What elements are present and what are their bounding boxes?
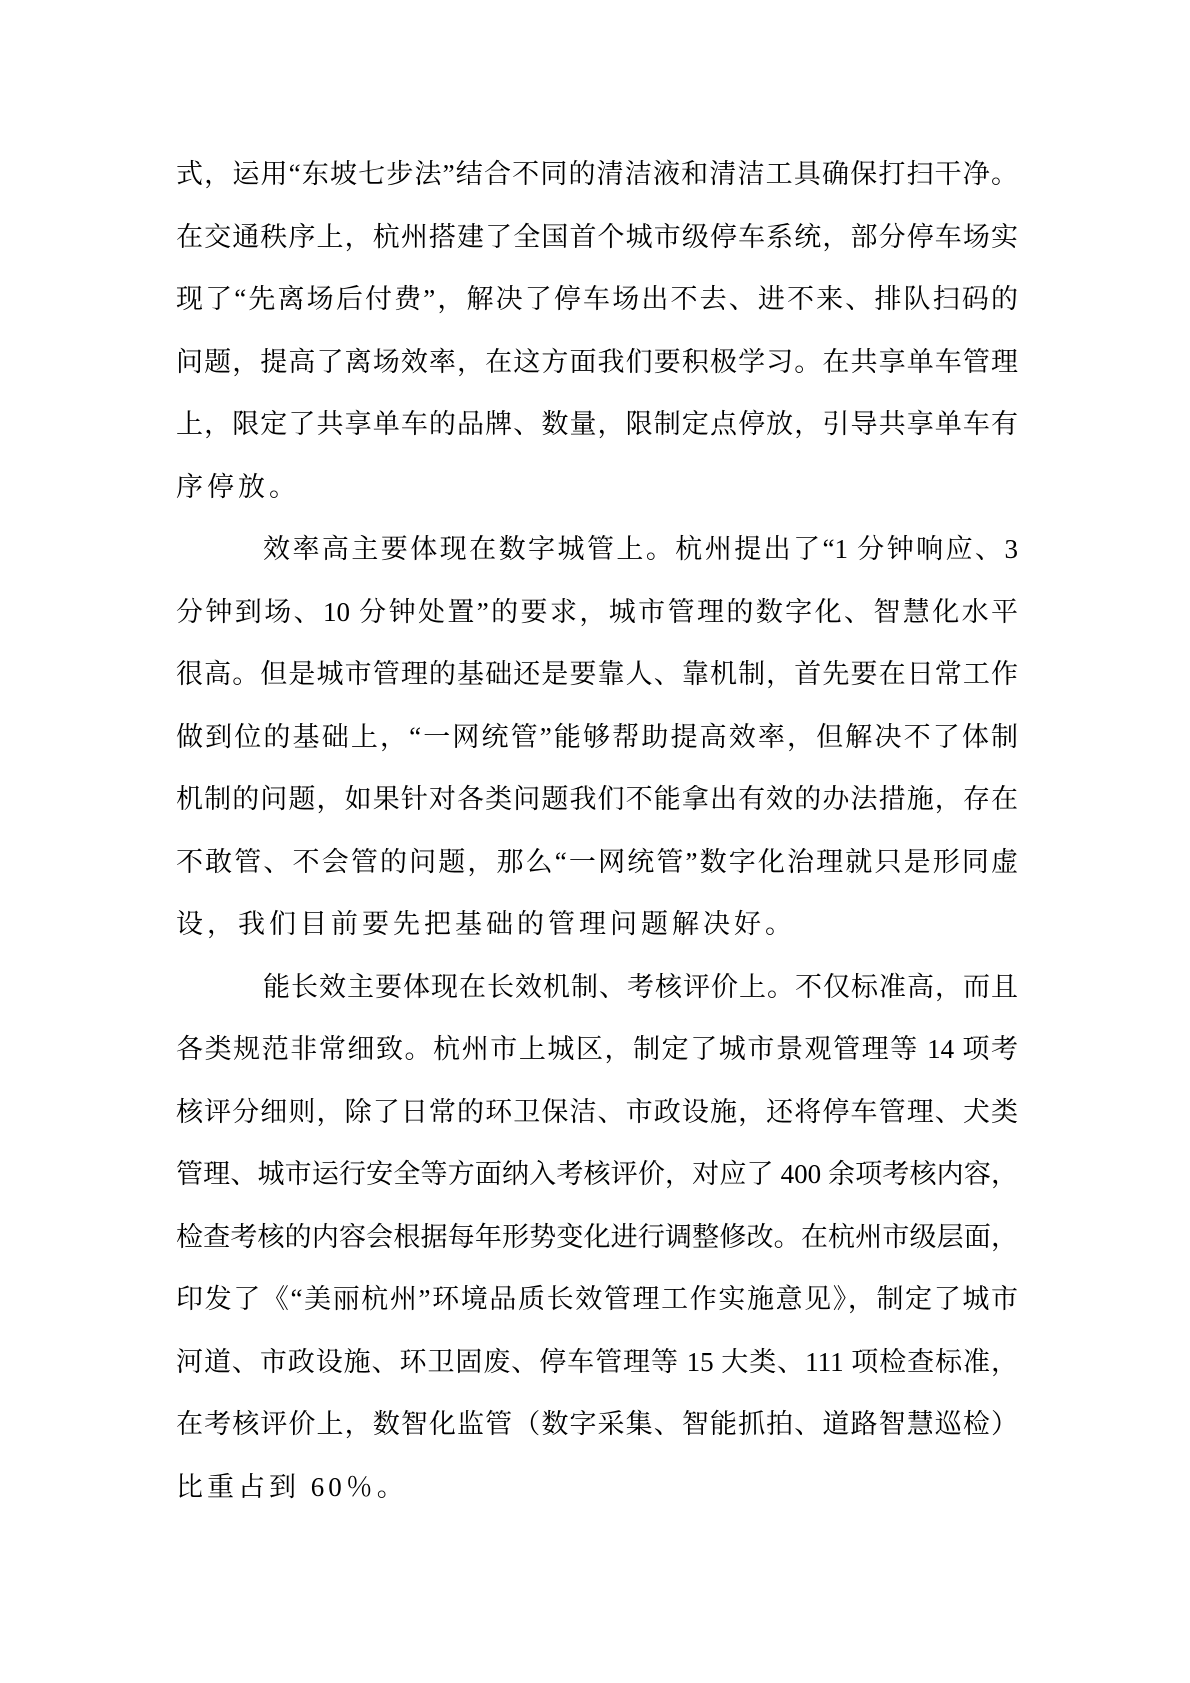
- text-line: 机制的问题，如果针对各类问题我们不能拿出有效的办法措施，存在: [176, 768, 1018, 831]
- text-line: 河道、市政设施、环卫固废、停车管理等 15 大类、111 项检查标准，: [176, 1331, 1018, 1394]
- text-line: 各类规范非常细致。杭州市上城区，制定了城市景观管理等 14 项考: [176, 1018, 1018, 1081]
- text-block: 式，运用“东坡七步法”结合不同的清洁液和清洁工具确保打扫干净。在交通秩序上，杭州…: [176, 143, 1018, 1518]
- text-line: 现了“先离场后付费”，解决了停车场出不去、进不来、排队扫码的: [176, 268, 1018, 331]
- text-line: 分钟到场、10 分钟处置”的要求，城市管理的数字化、智慧化水平: [176, 581, 1018, 644]
- text-line: 序停放。: [176, 456, 1018, 519]
- text-line: 不敢管、不会管的问题，那么“一网统管”数字化治理就只是形同虚: [176, 831, 1018, 894]
- text-line: 设，我们目前要先把基础的管理问题解决好。: [176, 893, 1018, 956]
- text-line: 在考核评价上，数智化监管（数字采集、智能抓拍、道路智慧巡检）: [176, 1393, 1018, 1456]
- text-line: 上，限定了共享单车的品牌、数量，限制定点停放，引导共享单车有: [176, 393, 1018, 456]
- text-line: 管理、城市运行安全等方面纳入考核评价，对应了 400 余项考核内容，: [176, 1143, 1018, 1206]
- text-line: 能长效主要体现在长效机制、考核评价上。不仅标准高，而且: [176, 956, 1018, 1019]
- paragraph: 能长效主要体现在长效机制、考核评价上。不仅标准高，而且各类规范非常细致。杭州市上…: [176, 956, 1018, 1519]
- text-line: 印发了《“美丽杭州”环境品质长效管理工作实施意见》，制定了城市: [176, 1268, 1018, 1331]
- text-line: 在交通秩序上，杭州搭建了全国首个城市级停车系统，部分停车场实: [176, 206, 1018, 269]
- text-line: 效率高主要体现在数字城管上。杭州提出了“1 分钟响应、3: [176, 518, 1018, 581]
- text-line: 做到位的基础上，“一网统管”能够帮助提高效率，但解决不了体制: [176, 706, 1018, 769]
- text-line: 检查考核的内容会根据每年形势变化进行调整修改。在杭州市级层面，: [176, 1206, 1018, 1269]
- text-line: 式，运用“东坡七步法”结合不同的清洁液和清洁工具确保打扫干净。: [176, 143, 1018, 206]
- paragraph: 式，运用“东坡七步法”结合不同的清洁液和清洁工具确保打扫干净。在交通秩序上，杭州…: [176, 143, 1018, 518]
- text-line: 很高。但是城市管理的基础还是要靠人、靠机制，首先要在日常工作: [176, 643, 1018, 706]
- document-page: 式，运用“东坡七步法”结合不同的清洁液和清洁工具确保打扫干净。在交通秩序上，杭州…: [0, 0, 1190, 1683]
- text-line: 问题，提高了离场效率，在这方面我们要积极学习。在共享单车管理: [176, 331, 1018, 394]
- paragraph: 效率高主要体现在数字城管上。杭州提出了“1 分钟响应、3分钟到场、10 分钟处置…: [176, 518, 1018, 956]
- text-line: 核评分细则，除了日常的环卫保洁、市政设施，还将停车管理、犬类: [176, 1081, 1018, 1144]
- text-line: 比重占到 60％。: [176, 1456, 1018, 1519]
